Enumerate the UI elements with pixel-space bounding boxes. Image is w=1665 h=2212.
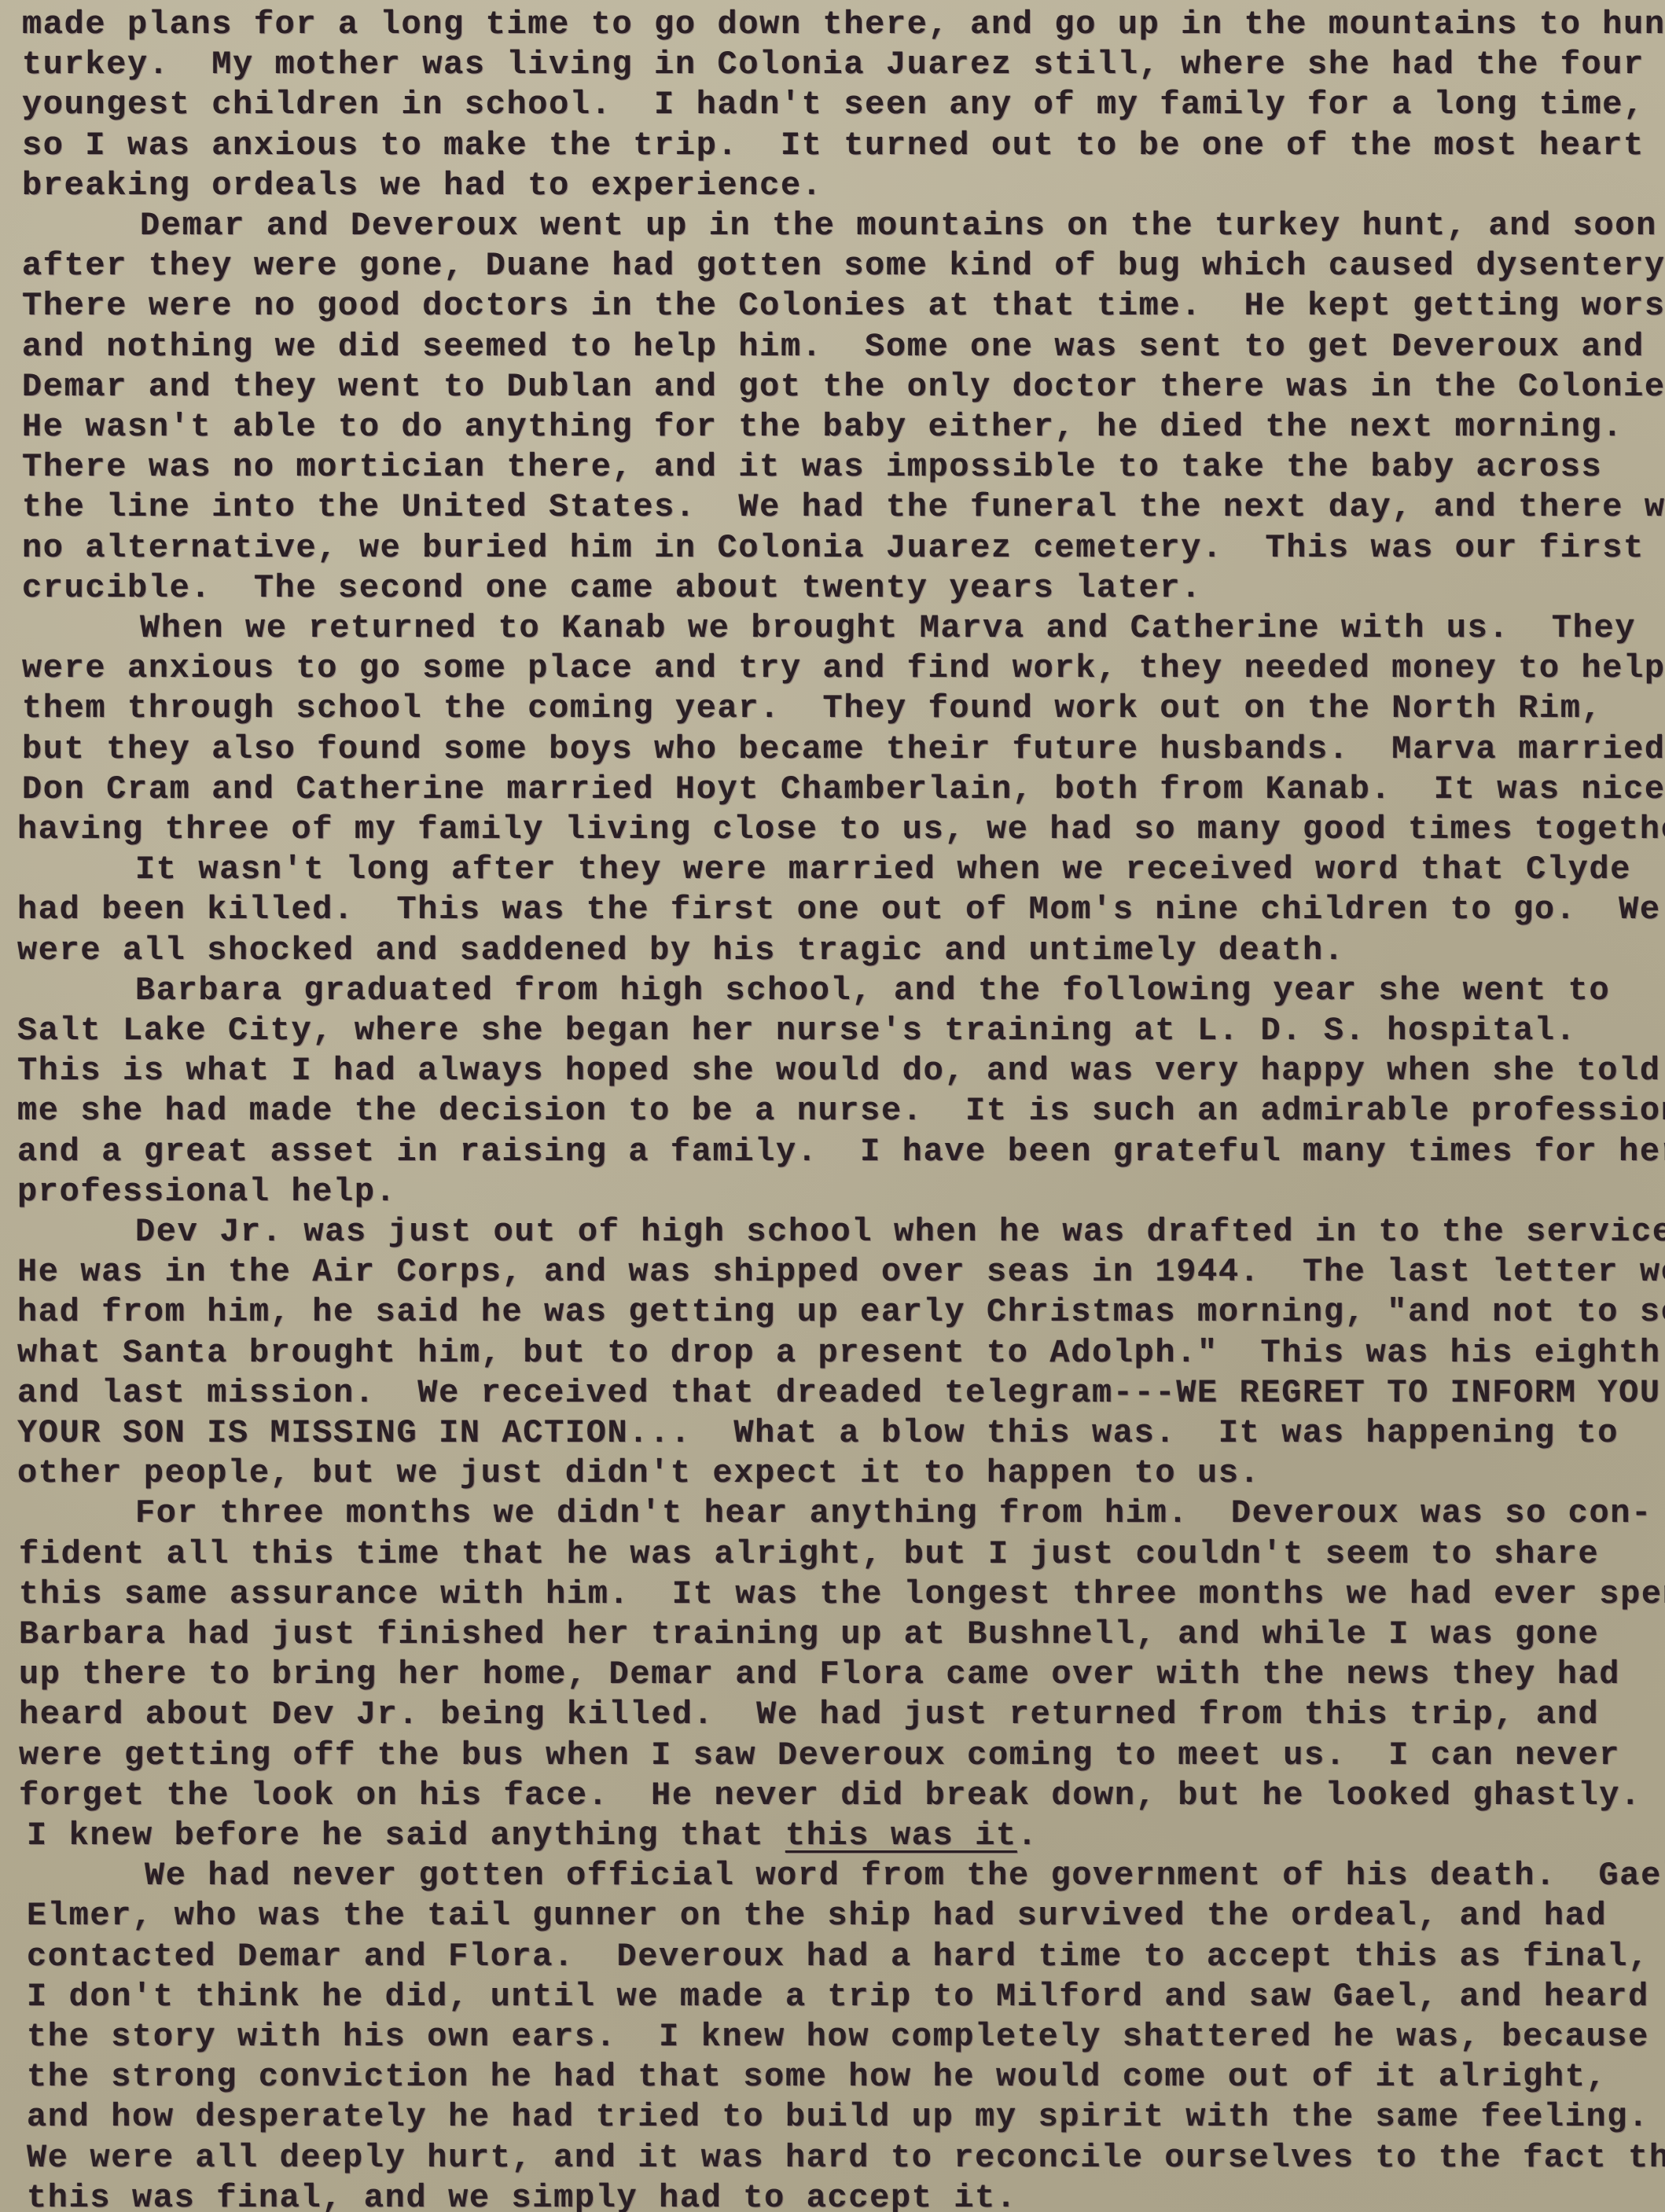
text-line: so I was anxious to make the trip. It tu…	[22, 129, 1645, 162]
text-line: the story with his own ears. I knew how …	[27, 2020, 1665, 2053]
text-line: the strong conviction he had that some h…	[27, 2060, 1607, 2093]
line-text: I don't think he did, until we made a tr…	[27, 1978, 1649, 2015]
text-line: me she had made the decision to be a nur…	[17, 1094, 1665, 1127]
paragraph-first-line: Dev Jr. was just out of high school when…	[135, 1215, 1665, 1248]
line-text: were getting off the bus when I saw Deve…	[19, 1736, 1620, 1774]
line-text: the story with his own ears. I knew how …	[27, 2018, 1665, 2056]
line-text: When we returned to Kanab we brought Mar…	[140, 609, 1636, 647]
line-text: turkey. My mother was living in Colonia …	[22, 46, 1645, 83]
text-line: breaking ordeals we had to experience.	[22, 169, 823, 202]
line-text: this was final, and we simply had to acc…	[27, 2179, 1017, 2212]
line-text: and nothing we did seemed to help him. S…	[22, 328, 1645, 366]
line-text: Elmer, who was the tail gunner on the sh…	[27, 1897, 1607, 1935]
paragraph-first-line: We had never gotten official word from t…	[145, 1859, 1665, 1892]
line-text: Don Cram and Catherine married Hoyt Cham…	[22, 770, 1665, 808]
text-line: but they also found some boys who became…	[22, 733, 1665, 766]
line-text: fident all this time that he was alright…	[19, 1535, 1599, 1573]
line-text: made plans for a long time to go down th…	[22, 6, 1665, 43]
text-line: turkey. My mother was living in Colonia …	[22, 48, 1645, 81]
text-line: were anxious to go some place and try an…	[22, 652, 1665, 685]
paragraph-first-line: For three months we didn't hear anything…	[135, 1497, 1652, 1530]
paragraph-first-line: Demar and Deveroux went up in the mounta…	[140, 209, 1657, 242]
line-text: me she had made the decision to be a nur…	[17, 1092, 1665, 1130]
line-text: the strong conviction he had that some h…	[27, 2058, 1607, 2096]
line-text: and how desperately he had tried to buil…	[27, 2098, 1649, 2136]
line-text: Barbara graduated from high school, and …	[135, 972, 1610, 1009]
line-text: after they were gone, Duane had gotten s…	[22, 247, 1665, 285]
text-line: There was no mortician there, and it was…	[22, 450, 1602, 483]
text-line: and a great asset in raising a family. I…	[17, 1135, 1665, 1168]
line-text: so I was anxious to make the trip. It tu…	[22, 127, 1645, 164]
line-text: There were no good doctors in the Coloni…	[22, 287, 1665, 325]
text-line: professional help.	[17, 1175, 396, 1208]
text-line: Demar and they went to Dublan and got th…	[22, 370, 1665, 403]
line-text: For three months we didn't hear anything…	[135, 1494, 1652, 1532]
text-line: having three of my family living close t…	[17, 813, 1665, 846]
line-text: heard about Dev Jr. being killed. We had…	[19, 1696, 1599, 1733]
text-line: them through school the coming year. The…	[22, 692, 1602, 725]
line-text: It wasn't long after they were married w…	[135, 851, 1631, 888]
text-line: Salt Lake City, where she began her nurs…	[17, 1014, 1577, 1047]
text-line: Don Cram and Catherine married Hoyt Cham…	[22, 773, 1665, 806]
text-line: after they were gone, Duane had gotten s…	[22, 249, 1665, 282]
text-line: I knew before he said anything that this…	[27, 1819, 1038, 1852]
line-text: had been killed. This was the first one …	[17, 891, 1661, 928]
line-text: what Santa brought him, but to drop a pr…	[17, 1334, 1661, 1372]
line-text: There was no mortician there, and it was…	[22, 448, 1602, 486]
line-text: YOUR SON IS MISSING IN ACTION... What a …	[17, 1414, 1619, 1452]
text-line: I don't think he did, until we made a tr…	[27, 1980, 1649, 2013]
line-text: had from him, he said he was getting up …	[17, 1293, 1665, 1331]
text-line: Elmer, who was the tail gunner on the sh…	[27, 1899, 1607, 1932]
line-text: I knew before he said anything that	[27, 1817, 785, 1854]
text-line: this same assurance with him. It was the…	[19, 1578, 1665, 1611]
text-line: other people, but we just didn't expect …	[17, 1457, 1260, 1490]
line-text: but they also found some boys who became…	[22, 730, 1665, 768]
line-text: breaking ordeals we had to experience.	[22, 167, 823, 204]
text-line: were all shocked and saddened by his tra…	[17, 934, 1345, 967]
text-line: He wasn't able to do anything for the ba…	[22, 410, 1623, 443]
line-text-end: .	[1017, 1817, 1038, 1854]
line-text: youngest children in school. I hadn't se…	[22, 86, 1645, 123]
line-text: We had never gotten official word from t…	[145, 1857, 1665, 1894]
line-text: Salt Lake City, where she began her nurs…	[17, 1012, 1577, 1049]
underlined-emphasis: this was it	[785, 1817, 1017, 1854]
line-text: other people, but we just didn't expect …	[17, 1454, 1260, 1492]
text-line: youngest children in school. I hadn't se…	[22, 88, 1645, 121]
text-line: made plans for a long time to go down th…	[22, 8, 1665, 41]
line-text: Demar and they went to Dublan and got th…	[22, 368, 1665, 406]
line-text: were all shocked and saddened by his tra…	[17, 931, 1345, 969]
line-text: forget the look on his face. He never di…	[19, 1777, 1641, 1814]
paragraph-first-line: It wasn't long after they were married w…	[135, 853, 1631, 886]
text-line: were getting off the bus when I saw Deve…	[19, 1739, 1620, 1772]
text-line: and last mission. We received that dread…	[17, 1376, 1661, 1409]
line-text: He was in the Air Corps, and was shipped…	[17, 1253, 1665, 1291]
paragraph-first-line: Barbara graduated from high school, and …	[135, 974, 1610, 1007]
text-line: crucible. The second one came about twen…	[22, 571, 1202, 604]
text-line: He was in the Air Corps, and was shipped…	[17, 1255, 1665, 1288]
text-line: fident all this time that he was alright…	[19, 1538, 1599, 1571]
line-text: Demar and Deveroux went up in the mounta…	[140, 207, 1657, 244]
text-line: this was final, and we simply had to acc…	[27, 2181, 1017, 2212]
line-text: and a great asset in raising a family. I…	[17, 1133, 1665, 1170]
text-line: heard about Dev Jr. being killed. We had…	[19, 1698, 1599, 1731]
text-line: what Santa brought him, but to drop a pr…	[17, 1336, 1661, 1369]
typewritten-page: made plans for a long time to go down th…	[0, 0, 1665, 2212]
text-line: and how desperately he had tried to buil…	[27, 2100, 1649, 2133]
line-text: them through school the coming year. The…	[22, 689, 1602, 727]
line-text: no alternative, we buried him in Colonia…	[22, 529, 1645, 567]
line-text: were anxious to go some place and try an…	[22, 649, 1665, 687]
text-line: and nothing we did seemed to help him. S…	[22, 330, 1645, 363]
line-text: This is what I had always hoped she woul…	[17, 1052, 1661, 1089]
text-line: the line into the United States. We had …	[22, 491, 1665, 524]
line-text: contacted Demar and Flora. Deveroux had …	[27, 1938, 1665, 1975]
text-line: had been killed. This was the first one …	[17, 893, 1661, 926]
text-line: Barbara had just finished her training u…	[19, 1618, 1599, 1651]
line-text: crucible. The second one came about twen…	[22, 569, 1202, 607]
paragraph-first-line: When we returned to Kanab we brought Mar…	[140, 612, 1636, 645]
line-text: the line into the United States. We had …	[22, 488, 1665, 526]
text-line: up there to bring her home, Demar and Fl…	[19, 1658, 1620, 1691]
line-text: We were all deeply hurt, and it was hard…	[27, 2139, 1665, 2177]
line-text: this same assurance with him. It was the…	[19, 1575, 1665, 1613]
line-text: having three of my family living close t…	[17, 810, 1665, 848]
text-line: had from him, he said he was getting up …	[17, 1295, 1665, 1328]
line-text: Dev Jr. was just out of high school when…	[135, 1213, 1665, 1251]
text-line: We were all deeply hurt, and it was hard…	[27, 2141, 1665, 2174]
line-text: up there to bring her home, Demar and Fl…	[19, 1655, 1620, 1693]
line-text: and last mission. We received that dread…	[17, 1374, 1661, 1412]
text-line: This is what I had always hoped she woul…	[17, 1054, 1661, 1087]
text-line: contacted Demar and Flora. Deveroux had …	[27, 1940, 1665, 1973]
text-line: YOUR SON IS MISSING IN ACTION... What a …	[17, 1416, 1619, 1450]
line-text: professional help.	[17, 1173, 396, 1211]
text-line: no alternative, we buried him in Colonia…	[22, 531, 1645, 564]
text-line: There were no good doctors in the Coloni…	[22, 289, 1665, 322]
line-text: He wasn't able to do anything for the ba…	[22, 408, 1623, 446]
line-text: Barbara had just finished her training u…	[19, 1615, 1599, 1653]
text-line: forget the look on his face. He never di…	[19, 1779, 1641, 1812]
